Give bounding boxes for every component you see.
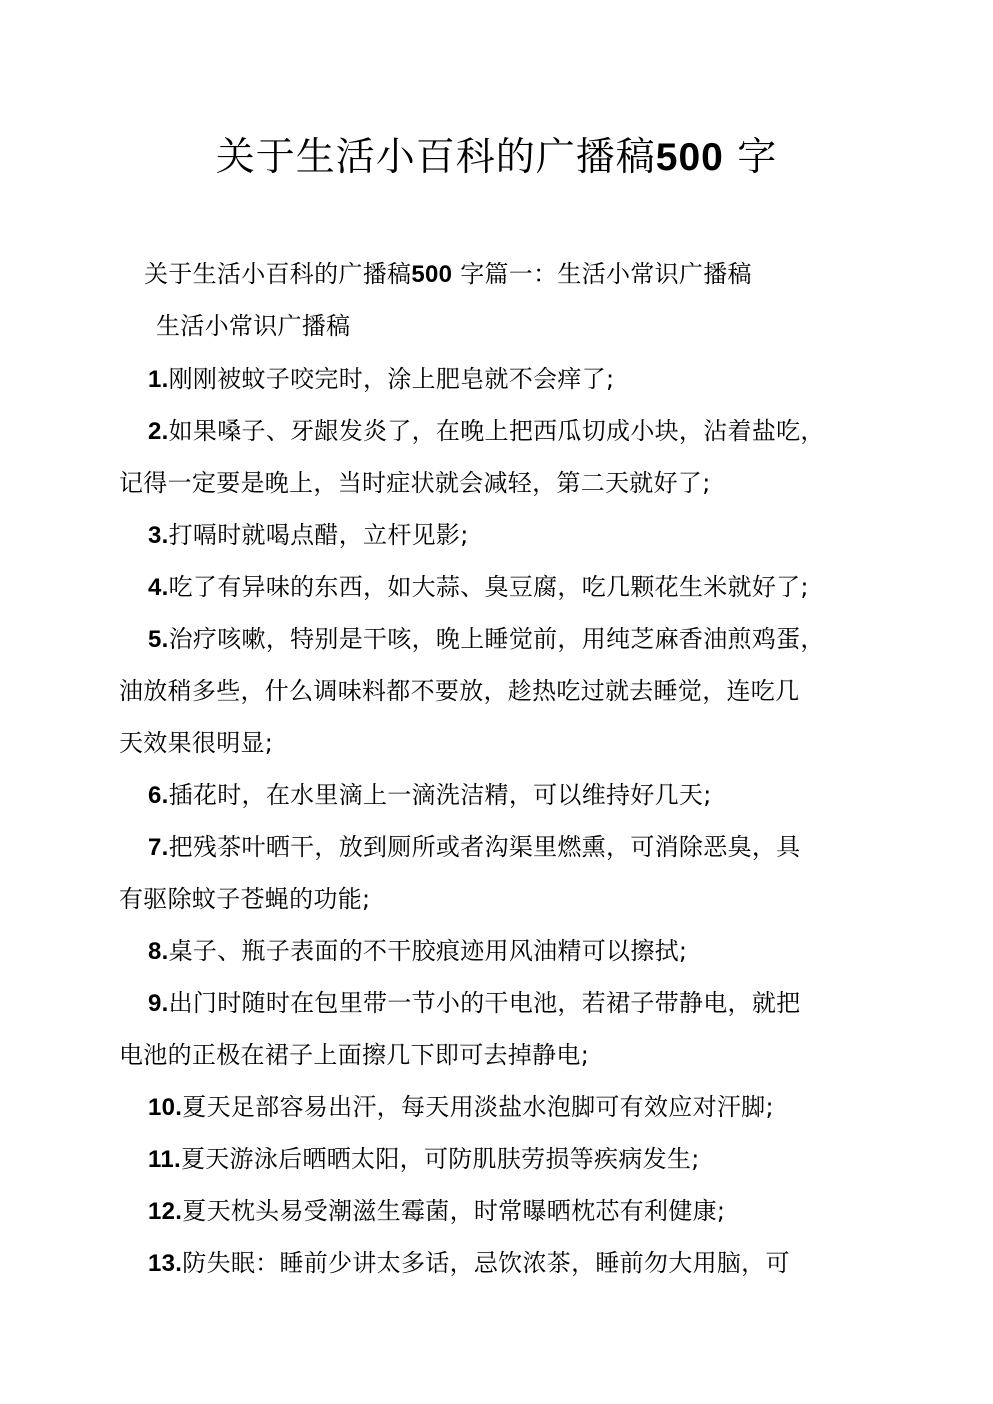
item-text: 夏天游泳后晒晒太阳，可防肌肤劳损等疾病发生; xyxy=(181,1145,700,1173)
list-item-5-continued: 油放稍多些，什么调味料都不要放，趁热吃过就去睡觉，连吃几 xyxy=(119,674,799,708)
list-item-2: 2.如果嗓子、牙龈发炎了，在晚上把西瓜切成小块，沾着盐吃， xyxy=(148,414,825,449)
item-number: 11. xyxy=(148,1146,181,1173)
title-number: 500 xyxy=(656,136,724,179)
item-text: 打嗝时就喝点醋，立杆见影; xyxy=(169,521,469,549)
item-text: 夏天足部容易出汗，每天用淡盐水泡脚可有效应对汗脚; xyxy=(182,1093,774,1121)
list-item-4: 4.吃了有异味的东西，如大蒜、臭豆腐，吃几颗花生米就好了; xyxy=(148,570,809,605)
item-text: 刚刚被蚊子咬完时，涂上肥皂就不会痒了; xyxy=(169,365,615,393)
item-number: 4. xyxy=(148,574,169,601)
item-text: 出门时随时在包里带一节小的干电池，若裙子带静电，就把 xyxy=(169,989,801,1017)
item-number: 1. xyxy=(148,366,169,393)
item-text: 桌子、瓶子表面的不干胶痕迹用风油精可以擦拭; xyxy=(169,937,688,965)
list-item-9: 9.出门时随时在包里带一节小的干电池，若裙子带静电，就把 xyxy=(148,986,800,1021)
item-text: 治疗咳嗽，特别是干咳，晚上睡觉前，用纯芝麻香油煎鸡蛋， xyxy=(169,625,825,653)
item-text: 插花时，在水里滴上一滴洗洁精，可以维持好几天; xyxy=(169,781,712,809)
item-text: 吃了有异味的东西，如大蒜、臭豆腐，吃几颗花生米就好了; xyxy=(169,573,809,601)
item-text: 把残茶叶晒干，放到厕所或者沟渠里燃熏，可消除恶臭，具 xyxy=(169,833,801,861)
list-item-2-continued: 记得一定要是晚上，当时症状就会减轻，第二天就好了; xyxy=(119,466,711,500)
list-item-7-continued: 有驱除蚊子苍蝇的功能; xyxy=(119,882,370,916)
item-number: 6. xyxy=(148,782,169,809)
item-number: 3. xyxy=(148,522,169,549)
list-item-5: 5.治疗咳嗽，特别是干咳，晚上睡觉前，用纯芝麻香油煎鸡蛋， xyxy=(148,622,825,657)
item-number: 7. xyxy=(148,834,169,861)
list-item-13: 13.防失眠：睡前少讲太多话，忌饮浓茶，睡前勿大用脑，可 xyxy=(148,1246,790,1281)
list-item-10: 10.夏天足部容易出汗，每天用淡盐水泡脚可有效应对汗脚; xyxy=(148,1090,774,1125)
item-number: 12. xyxy=(148,1198,182,1225)
list-item-5-continued: 天效果很明显; xyxy=(119,726,273,760)
section-heading: 关于生活小百科的广播稿500 字篇一：生活小常识广播稿 xyxy=(144,257,752,292)
title-suffix: 字 xyxy=(724,135,777,180)
item-text: 夏天枕头易受潮滋生霉菌，时常曝晒枕芯有利健康; xyxy=(182,1197,725,1225)
title-prefix: 关于生活小百科的广播稿 xyxy=(216,135,656,180)
list-item-12: 12.夏天枕头易受潮滋生霉菌，时常曝晒枕芯有利健康; xyxy=(148,1194,725,1229)
subheading: 生活小常识广播稿 xyxy=(156,309,350,343)
item-number: 5. xyxy=(148,626,169,653)
item-number: 8. xyxy=(148,938,169,965)
document-page: 关于生活小百科的广播稿500 字 关于生活小百科的广播稿500 字篇一：生活小常… xyxy=(0,0,993,1404)
section-heading-suffix: 字篇一：生活小常识广播稿 xyxy=(452,260,752,288)
section-heading-prefix: 关于生活小百科的广播稿 xyxy=(144,260,411,288)
list-item-7: 7.把残茶叶晒干，放到厕所或者沟渠里燃熏，可消除恶臭，具 xyxy=(148,830,800,865)
document-title: 关于生活小百科的广播稿500 字 xyxy=(0,132,993,184)
item-number: 10. xyxy=(148,1094,182,1121)
list-item-8: 8.桌子、瓶子表面的不干胶痕迹用风油精可以擦拭; xyxy=(148,934,687,969)
list-item-6: 6.插花时，在水里滴上一滴洗洁精，可以维持好几天; xyxy=(148,778,712,813)
item-number: 9. xyxy=(148,990,169,1017)
item-number: 13. xyxy=(148,1250,182,1277)
list-item-3: 3.打嗝时就喝点醋，立杆见影; xyxy=(148,518,469,553)
list-item-9-continued: 电池的正极在裙子上面擦几下即可去掉静电; xyxy=(119,1038,589,1072)
item-text: 防失眠：睡前少讲太多话，忌饮浓茶，睡前勿大用脑，可 xyxy=(182,1249,790,1277)
section-heading-number: 500 xyxy=(411,261,452,288)
item-text: 如果嗓子、牙龈发炎了，在晚上把西瓜切成小块，沾着盐吃， xyxy=(169,417,825,445)
item-number: 2. xyxy=(148,418,169,445)
list-item-11: 11.夏天游泳后晒晒太阳，可防肌肤劳损等疾病发生; xyxy=(148,1142,700,1177)
list-item-1: 1.刚刚被蚊子咬完时，涂上肥皂就不会痒了; xyxy=(148,362,614,397)
